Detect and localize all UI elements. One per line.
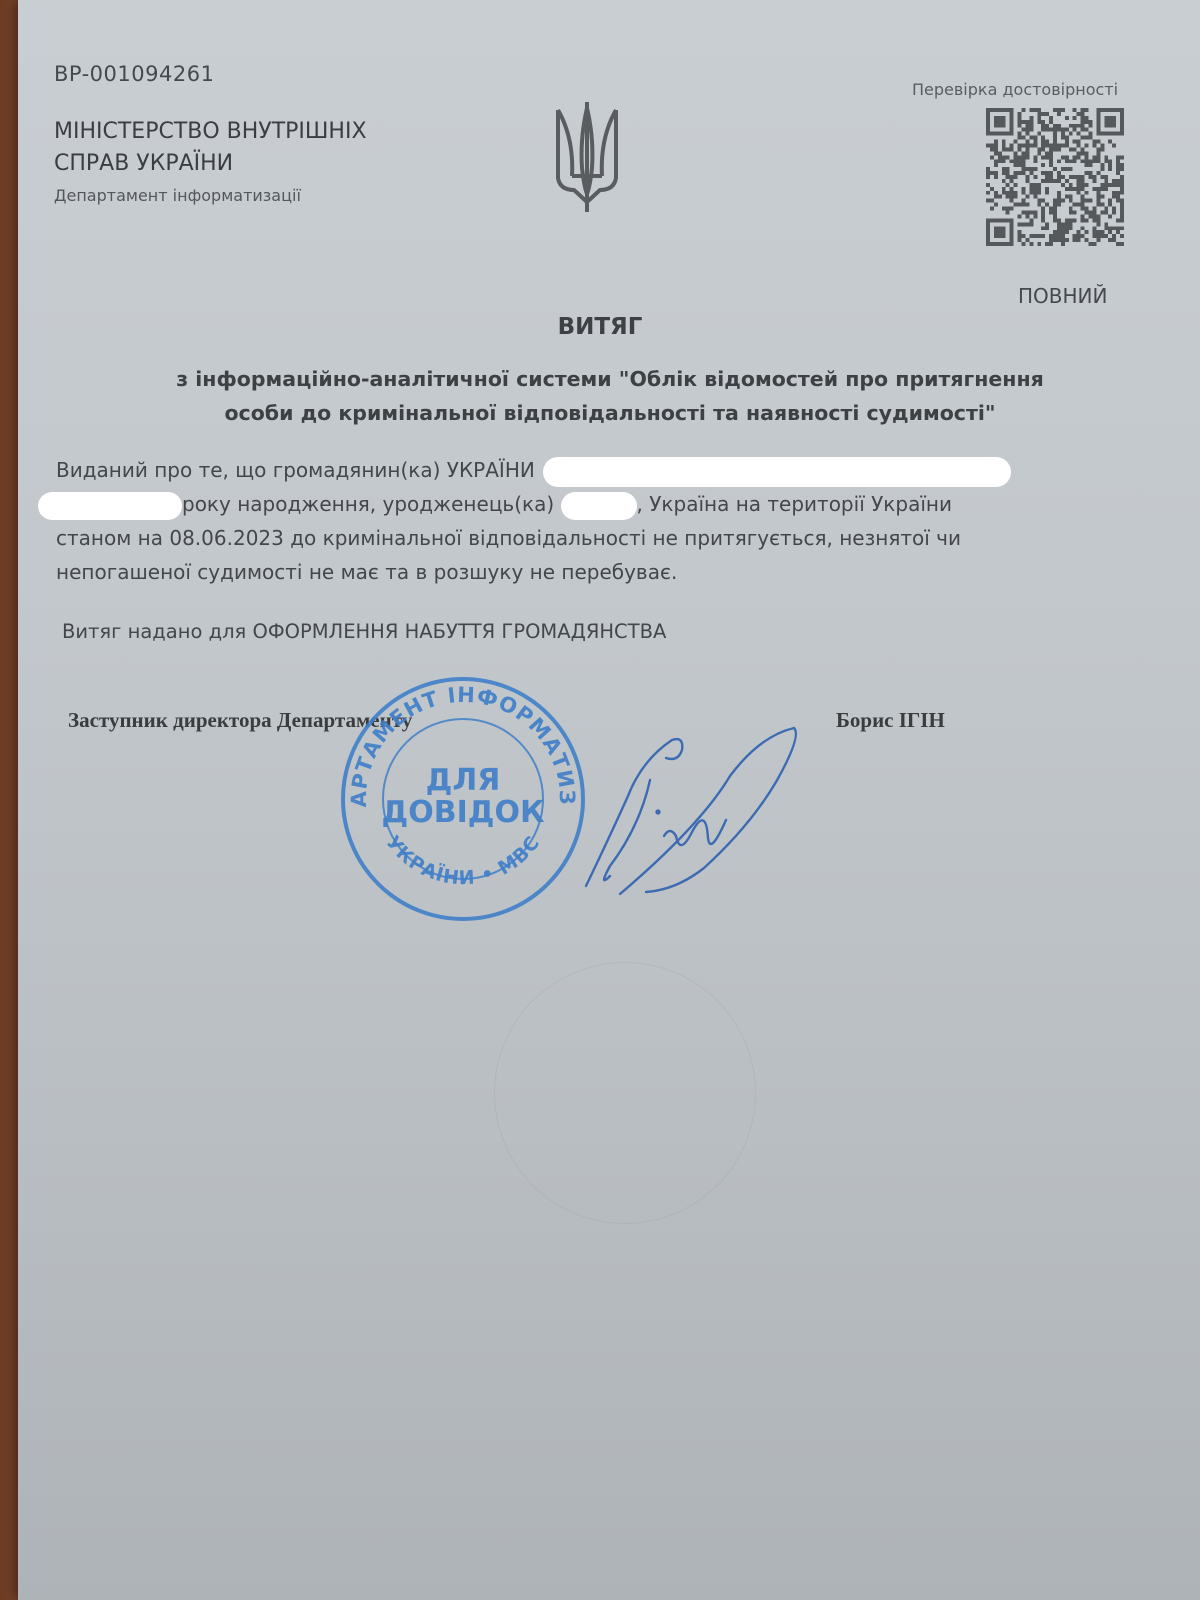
subtitle-line-2: особи до кримінальної відповідальності т… <box>0 396 1200 430</box>
document-title: ВИТЯГ <box>0 314 1200 340</box>
purpose-statement: Витяг надано для ОФОРМЛЕННЯ НАБУТТЯ ГРОМ… <box>62 620 666 643</box>
trident-icon <box>552 98 622 214</box>
faded-impression <box>494 962 756 1224</box>
extract-type-label: ПОВНИЙ <box>1018 284 1107 308</box>
verification-label: Перевірка достовірності <box>912 80 1118 99</box>
issuer-department: Департамент інформатизації <box>54 186 301 205</box>
redacted-birthplace <box>561 492 637 520</box>
body-line-1: Виданий про те, що громадянин(ка) УКРАЇН… <box>56 453 1116 487</box>
document-body: Виданий про те, що громадянин(ка) УКРАЇН… <box>56 453 1116 589</box>
issuer-line-1: МІНІСТЕРСТВО ВНУТРІШНІХ <box>54 116 367 148</box>
body-line-4: непогашеної судимості не має та в розшук… <box>56 555 1116 589</box>
signature <box>580 716 820 916</box>
signatory-name: Борис ІГІН <box>836 708 945 733</box>
body-line-3: станом на 08.06.2023 до кримінальної від… <box>56 521 1116 555</box>
document-subtitle: з інформаційно-аналітичної системи "Облі… <box>0 362 1200 430</box>
redacted-name <box>543 457 1011 487</box>
official-stamp: ДЕПАРТАМЕНТ ІНФОРМАТИЗАЦІЇ УКРАЇНИ • МВС… <box>336 672 590 926</box>
issuer-name: МІНІСТЕРСТВО ВНУТРІШНІХ СПРАВ УКРАЇНИ <box>54 116 367 180</box>
redacted-birthdate <box>38 492 182 520</box>
svg-text:УКРАЇНИ • МВС: УКРАЇНИ • МВС <box>381 832 544 890</box>
svg-text:ДЛЯ: ДЛЯ <box>426 763 501 798</box>
subtitle-line-1: з інформаційно-аналітичної системи "Облі… <box>0 362 1200 396</box>
document-number: BP-001094261 <box>54 62 214 86</box>
issuer-line-2: СПРАВ УКРАЇНИ <box>54 148 367 180</box>
svg-text:ДОВІДОК: ДОВІДОК <box>382 795 545 830</box>
body-line-2: року народження, уродженець(ка) , Україн… <box>38 487 1116 521</box>
qr-code[interactable] <box>986 108 1124 246</box>
